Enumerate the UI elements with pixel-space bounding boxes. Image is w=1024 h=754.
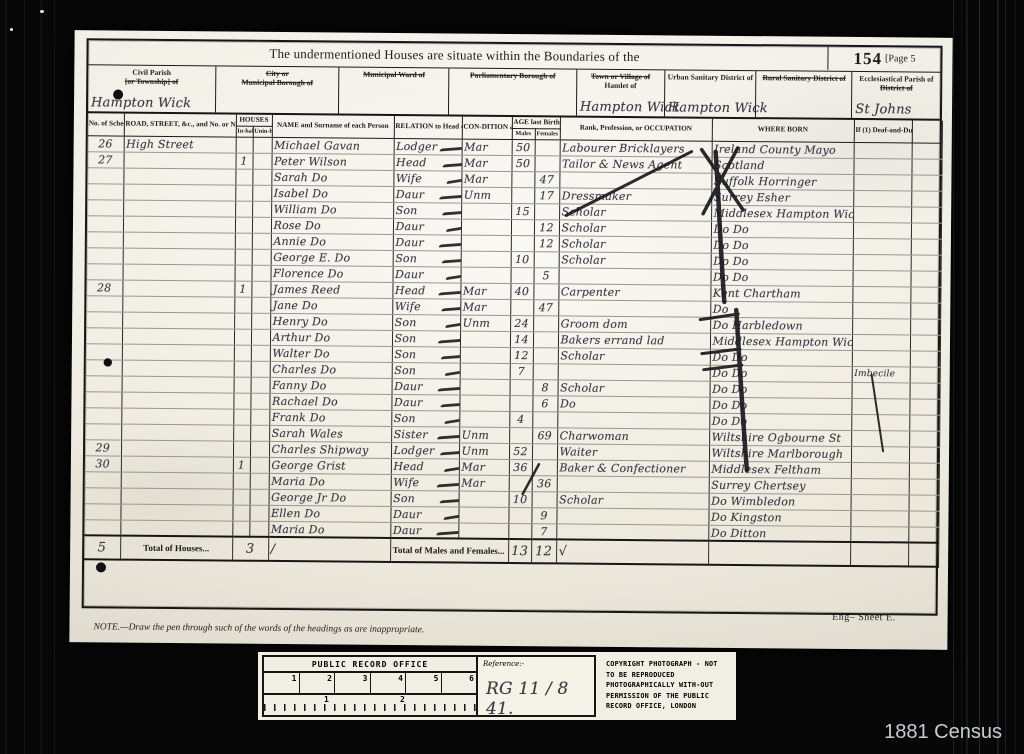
cell-born: Do Do [711,237,853,254]
cell-schedule: 27 [87,152,123,168]
cell-born: Do [710,301,852,318]
cell-age_f: 5 [534,267,559,283]
cell-condition [460,379,510,395]
header-box-6: Rural Sanitary District of [756,71,852,118]
cell-infirmity [853,238,911,255]
cell-uninhabited [252,217,271,233]
cell-name: Rachael Do [269,393,391,410]
cell-road: High Street [124,136,236,153]
header-box-0: Civil Parish[or Township] ofHampton Wick [88,65,216,112]
col-road: ROAD, STREET, &c., and No. or NAME of HO… [124,114,236,137]
cell-road [121,392,233,409]
cell-name: George Jr Do [269,489,391,506]
cell-age_f [535,139,560,155]
heading-text: Ecclesiastical Parish of [852,74,940,84]
cell-road [123,248,235,265]
cell-margin [911,239,941,255]
cell-inhabited [233,489,250,505]
cell-margin [909,479,939,495]
cell-uninhabited [253,137,272,153]
cell-condition: Mar [460,299,510,315]
cell-schedule: 30 [85,456,121,472]
cell-condition: Unm [459,443,509,459]
cell-relation: Wife [391,474,459,491]
cell-name: George E. Do [271,249,393,266]
cell-relation: Daur [390,506,458,523]
cell-name: Arthur Do [270,329,392,346]
cell-infirmity [850,526,908,543]
page-number: 154 [853,48,882,68]
cell-margin [910,287,940,303]
cell-age_f: 47 [534,171,559,187]
cell-relation: Son [393,202,461,219]
cell-age_f [534,155,559,171]
cell-schedule [86,328,122,344]
cell-infirmity [853,270,911,287]
cell-born: Kent Chartham [710,285,852,302]
cell-age_m: 24 [510,315,533,331]
header-box-label: Municipal Ward of [340,69,449,79]
cell-schedule [85,392,121,408]
cell-inhabited [235,265,252,281]
census-rows: 26High StreetMichael GavanLodgerMar50Lab… [84,136,941,543]
col-born: WHERE BORN [712,119,854,142]
cell-name: James Reed [270,281,392,298]
cell-uninhabited [252,265,271,281]
cell-margin [911,255,941,271]
totals-males: 13 [508,539,531,563]
header-box-value [342,113,446,114]
cell-infirmity [851,414,909,431]
cell-name: Frank Do [269,409,391,426]
cell-condition [461,251,511,267]
cell-road [121,424,233,441]
form-border-box: The undermentioned Houses are situate wi… [82,38,943,615]
cell-schedule: 28 [86,280,122,296]
cell-name: Florence Do [271,265,393,282]
cell-road [122,280,234,297]
cell-margin [910,351,940,367]
cell-name: Peter Wilson [271,153,393,170]
cell-condition [458,523,508,539]
cell-age_m: 14 [510,331,533,347]
ruler-fine: 12 [264,693,476,711]
cell-uninhabited [252,233,271,249]
cell-uninhabited [250,409,269,425]
cell-condition: Mar [461,171,511,187]
cell-name: Jane Do [270,297,392,314]
col-age-females: Females [535,129,560,140]
cell-margin [909,399,939,415]
cell-name: Fanny Do [270,377,392,394]
totals-males-females-label: Total of Males and Females... [390,538,508,563]
cell-uninhabited [250,425,269,441]
cell-relation: Wife [392,298,460,315]
cell-condition: Mar [459,459,509,475]
cell-relation: Son [391,490,459,507]
cell-occupation: Scholar [558,348,710,365]
cell-born: Middlesex Hampton Wick [710,333,852,350]
header-box-value [759,116,849,117]
cell-age_m [511,267,534,283]
cell-occupation: Charwoman [557,428,709,445]
cell-inhabited [235,233,252,249]
cell-age_f [533,283,558,299]
ruler-number: 2 [400,695,405,704]
form-footnote: NOTE.—Draw the pen through such of the w… [93,622,424,635]
cell-road [123,152,235,169]
cell-name: William Do [271,201,393,218]
cell-schedule [86,296,122,312]
cell-schedule [85,472,121,488]
cell-uninhabited [250,441,269,457]
cell-name: Isabel Do [271,185,393,202]
cell-relation: Son [392,330,460,347]
cell-infirmity [852,318,910,335]
cell-occupation: Tailor & News Agent [560,156,712,173]
cell-uninhabited [250,393,269,409]
cell-born: Do Do [711,253,853,270]
struck-heading-text: Rural Sanitary District of [757,73,852,83]
cell-schedule [87,264,123,280]
cell-age_f: 17 [534,187,559,203]
col-houses-inhabited: In-habit-ed [236,126,253,137]
header-box-value [452,113,574,114]
struck-heading-text: Municipal Borough of [216,78,339,89]
header-box-label: Town or Village ofHamlet of [577,72,664,92]
header-box-value: Hampton Wick [91,95,213,111]
cell-inhabited: 1 [234,281,251,297]
cell-margin [909,415,939,431]
cell-infirmity [852,286,910,303]
film-speck [40,10,44,13]
cell-inhabited [233,441,250,457]
header-box-5: Urban Sanitary District ofHampton Wick [665,70,757,117]
cell-age_f: 6 [532,395,557,411]
page-number-box: 154 [Page 5 [827,47,940,71]
cell-inhabited: 1 [235,153,252,169]
cell-infirmity [852,350,910,367]
ruler-number: 3 [363,674,368,683]
cell-inhabited [233,393,250,409]
cell-infirmity [851,494,909,511]
heading-text: Hamlet of [577,81,664,91]
cell-age_m: 36 [509,459,532,475]
cell-name: Michael Gavan [272,137,394,154]
cell-inhabited [235,169,252,185]
cell-infirmity [853,206,911,223]
cell-uninhabited [249,505,268,521]
col-schedule: No. of Schedule [88,113,124,136]
cell-infirmity: Imbecile [852,366,910,383]
cell-born: Suffolk Horringer [711,173,853,190]
cell-margin [909,495,939,511]
cell-age_f [532,443,557,459]
cell-infirmity [854,142,912,159]
film-speck [10,28,13,31]
cell-born: Ireland County Mayo [712,141,854,158]
cell-schedule [85,424,121,440]
cell-relation: Lodger [391,442,459,459]
cell-margin [909,447,939,463]
page-label: [Page 5 [885,53,915,64]
cell-margin [908,511,938,527]
cell-relation: Daur [393,218,461,235]
cell-age_m: 10 [511,251,534,267]
cell-condition [458,507,508,523]
cell-name: Charles Shipway [269,441,391,458]
totals-females: 12 [531,539,556,563]
cell-occupation: Scholar [559,204,711,221]
cell-name: Ellen Do [268,505,390,522]
cell-age_m: 12 [510,347,533,363]
reference-label: Reference:- [483,660,589,668]
cell-name: Henry Do [270,313,392,330]
pro-stamp: PUBLIC RECORD OFFICE 123456 12 Reference… [258,652,736,720]
cell-margin [910,367,940,383]
totals-name-mark: / [268,537,390,562]
cell-schedule [87,184,123,200]
header-box-7: Ecclesiastical Parish ofDistrict ofSt Jo… [852,72,940,119]
cell-born: Surrey Chertsey [709,477,851,494]
cell-age_m [509,427,532,443]
header-box-value [219,111,337,112]
cell-road [122,296,234,313]
sheet-label: Eng– Sheet E. [832,612,896,624]
cell-margin [911,271,941,287]
cell-road [122,376,234,393]
cell-born: Wiltshire Marlborough [709,445,851,462]
cell-inhabited [234,345,251,361]
cell-occupation [557,412,709,429]
cell-uninhabited [251,281,270,297]
header-box-2: Municipal Ward of [339,67,449,114]
cell-condition [459,491,509,507]
cell-occupation [557,476,709,493]
col-occupation: Rank, Profession, or OCCUPATION [560,117,712,141]
cell-age_f [534,203,559,219]
header-box-4: Town or Village ofHamlet ofHampton Wick [577,70,665,117]
cell-condition: Mar [460,283,510,299]
cell-born: Surrey Esher [711,189,853,206]
ruler-inch-cell: 3 [335,673,371,693]
cell-road [121,488,233,505]
ruler-inch-cell: 1 [264,673,300,693]
cell-road [121,440,233,457]
cell-condition [459,411,509,427]
cell-road [121,408,233,425]
cell-occupation [558,364,710,381]
header-box-1: City orMunicipal Borough of [216,66,340,113]
cell-age_f: 9 [531,507,556,523]
cell-relation: Lodger [394,138,462,155]
cell-relation: Daur [393,266,461,283]
header-box-label: Ecclesiastical Parish ofDistrict of [852,74,940,94]
cell-schedule [87,248,123,264]
ruler-number: 6 [469,674,474,683]
cell-inhabited [232,505,249,521]
cell-born: Do Do [710,381,852,398]
cell-born: Do Do [710,349,852,366]
ruler-inches: 123456 [264,671,476,693]
reference-block: Reference:- RG 11 / 8 41. [478,657,594,715]
cell-age_m [508,507,531,523]
totals-houses-label: Total of Houses... [120,536,232,561]
cell-infirmity [851,478,909,495]
cell-born: Do Do [709,413,851,430]
cell-inhabited: 1 [233,457,250,473]
cell-uninhabited [249,521,268,537]
cell-schedule [86,376,122,392]
cell-schedule [86,344,122,360]
cell-schedule: 29 [85,440,121,456]
cell-age_f [532,411,557,427]
cell-age_m: 52 [509,443,532,459]
cell-condition [461,219,511,235]
cell-relation: Head [391,458,459,475]
header-box-label: Civil Parish[or Township] of [88,67,215,87]
ruler-inch-cell: 4 [371,673,407,693]
cell-margin [908,527,938,543]
form-title: The undermentioned Houses are situate wi… [88,44,820,66]
cell-schedule [87,232,123,248]
cell-born: Do Do [711,269,853,286]
cell-schedule [84,504,120,520]
cell-occupation [556,524,708,541]
cell-born: Middlesex Hampton Wick [711,205,853,222]
header-box-label: Parliamentary Borough of [449,70,576,81]
cell-occupation: Bakers errand lad [558,332,710,349]
cell-age_f: 12 [534,235,559,251]
cell-uninhabited [252,201,271,217]
cell-margin [910,383,940,399]
pro-ruler-block: PUBLIC RECORD OFFICE 123456 12 [264,657,478,715]
cell-inhabited [235,217,252,233]
cell-name: Annie Do [271,233,393,250]
cell-margin [909,431,939,447]
cell-born: Do Kingston [708,509,850,526]
cell-born: Do Wimbledon [709,493,851,510]
cell-occupation: Scholar [559,220,711,237]
cell-road [122,344,234,361]
cell-name: Sarah Wales [269,425,391,442]
header-box-value: St Johns [855,102,938,118]
cell-inhabited [234,313,251,329]
cell-infirmity [853,174,911,191]
cell-age_f [534,251,559,267]
cell-condition: Mar [461,155,511,171]
cell-relation: Son [391,410,459,427]
cell-born: Do Do [709,397,851,414]
header-box-3: Parliamentary Borough of [449,68,577,115]
cell-age_m: 40 [510,283,533,299]
cell-uninhabited [251,297,270,313]
copyright-notice: COPYRIGHT PHOTOGRAPH - NOT TO BE REPRODU… [600,655,732,717]
cell-occupation [556,508,708,525]
cell-age_f [533,315,558,331]
cell-uninhabited [252,185,271,201]
ruler-inch-cell: 2 [300,673,336,693]
cell-condition [461,267,511,283]
cell-road [123,264,235,281]
cell-condition [461,203,511,219]
cell-inhabited [235,201,252,217]
cell-age_m: 50 [511,155,534,171]
cell-infirmity [850,510,908,527]
cell-occupation [558,300,710,317]
cell-relation: Son [392,314,460,331]
header-box-label: Urban Sanitary District of [665,72,756,82]
struck-heading-text: Parliamentary Borough of [449,70,576,81]
census-scan-page: { "page": {"corner_label": "1881 Census"… [0,0,1024,754]
cell-relation: Daur [392,378,460,395]
cell-age_m: 4 [509,411,532,427]
cell-condition: Mar [462,139,512,155]
cell-uninhabited [251,377,270,393]
cell-age_m [511,171,534,187]
cell-road [123,216,235,233]
cell-uninhabited [251,345,270,361]
cell-born: Do Do [710,365,852,382]
cell-condition: Unm [460,315,510,331]
cell-relation: Son [393,250,461,267]
cell-age_m: 10 [509,491,532,507]
cell-inhabited [232,521,249,537]
cell-inhabited [234,297,251,313]
cell-age_m [511,235,534,251]
cell-inhabited [235,249,252,265]
cell-name: Sarah Do [271,169,393,186]
cell-occupation: Do [557,396,709,413]
cell-occupation: Scholar [558,380,710,397]
cell-age_m [511,219,534,235]
cell-margin [910,303,940,319]
cell-inhabited [235,185,252,201]
cell-inhabited [234,377,251,393]
header-box-label: City orMunicipal Borough of [216,68,339,88]
cell-relation: Daur [393,186,461,203]
cell-born: Middlesex Feltham [709,461,851,478]
cell-uninhabited [251,329,270,345]
cell-uninhabited [251,361,270,377]
cell-name: Rose Do [271,217,393,234]
cell-inhabited [233,473,250,489]
col-houses-uninhabited: Unin-habited (U.), or Building (B.) [253,126,272,137]
cell-infirmity [851,430,909,447]
ruler-inch-cell: 5 [406,673,442,693]
cell-condition: Mar [459,475,509,491]
cell-occupation: Groom dom [558,316,710,333]
cell-relation: Daur [391,394,459,411]
cell-age_f: 47 [533,299,558,315]
cell-born: Do Ditton [708,525,850,542]
cell-road [122,360,234,377]
cell-age_m [510,299,533,315]
ruler-number: 2 [327,674,332,683]
cell-age_m [509,395,532,411]
cell-relation: Son [392,346,460,363]
pro-stamp-box: PUBLIC RECORD OFFICE 123456 12 Reference… [262,655,596,717]
totals-tick-mark: √ [556,540,708,565]
cell-relation: Head [393,154,461,171]
cell-infirmity [851,446,909,463]
cell-condition [460,347,510,363]
cell-infirmity [853,158,911,175]
census-year-label: 1881 Census [884,721,1002,744]
cell-occupation: Baker & Confectioner [557,460,709,477]
cell-relation: Wife [393,170,461,187]
cell-name: Charles Do [270,361,392,378]
